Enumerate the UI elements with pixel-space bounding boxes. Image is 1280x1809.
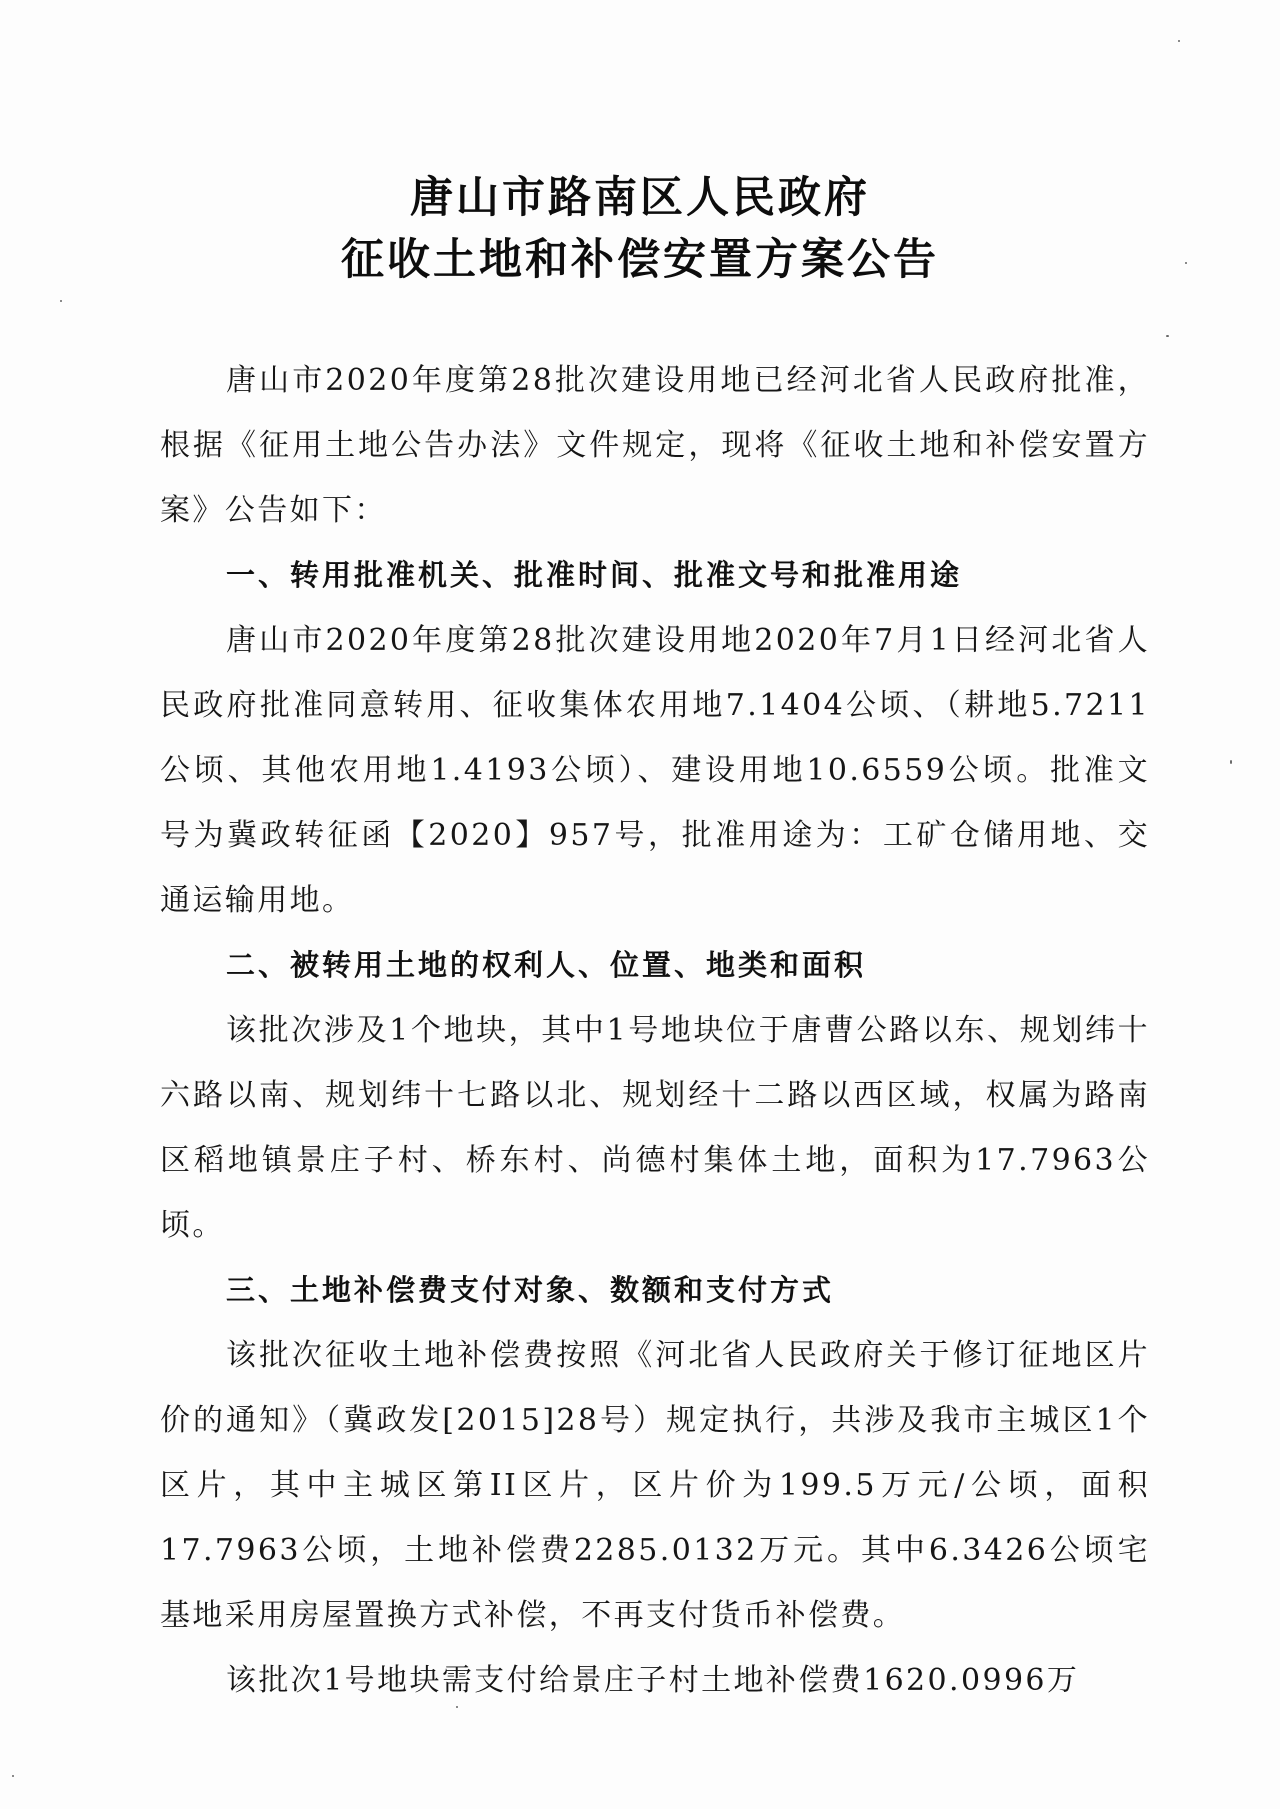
document-title: 唐山市路南区人民政府 征收土地和补偿安置方案公告 bbox=[0, 168, 1280, 290]
title-line-issuer: 唐山市路南区人民政府 bbox=[0, 168, 1280, 228]
scan-speck bbox=[12, 1775, 14, 1777]
section-paragraph-approval: 唐山市2020年度第28批次建设用地2020年7月1日经河北省人民政府批准同意转… bbox=[160, 608, 1150, 933]
scan-speck bbox=[1166, 335, 1169, 337]
section-heading-land-owners: 二、被转用土地的权利人、位置、地类和面积 bbox=[160, 933, 1150, 998]
document-page: 唐山市路南区人民政府 征收土地和补偿安置方案公告 唐山市2020年度第28批次建… bbox=[0, 0, 1280, 1809]
scan-speck bbox=[60, 300, 62, 302]
intro-paragraph: 唐山市2020年度第28批次建设用地已经河北省人民政府批准，根据《征用土地公告办… bbox=[160, 348, 1150, 543]
section-paragraph-land-owners: 该批次涉及1个地块，其中1号地块位于唐曹公路以东、规划纬十六路以南、规划纬十七路… bbox=[160, 998, 1150, 1258]
section-heading-approval: 一、转用批准机关、批准时间、批准文号和批准用途 bbox=[160, 543, 1150, 608]
section-paragraph-compensation-village: 该批次1号地块需支付给景庄子村土地补偿费1620.0996万 bbox=[160, 1648, 1150, 1713]
section-paragraph-compensation: 该批次征收土地补偿费按照《河北省人民政府关于修订征地区片价的通知》（冀政发[20… bbox=[160, 1323, 1150, 1648]
scan-speck bbox=[1185, 262, 1187, 264]
scan-speck bbox=[1230, 760, 1232, 764]
section-heading-compensation: 三、土地补偿费支付对象、数额和支付方式 bbox=[160, 1258, 1150, 1323]
title-line-subject: 征收土地和补偿安置方案公告 bbox=[0, 230, 1280, 290]
document-body: 唐山市2020年度第28批次建设用地已经河北省人民政府批准，根据《征用土地公告办… bbox=[160, 348, 1150, 1713]
scan-speck bbox=[456, 1706, 458, 1708]
scan-speck bbox=[1178, 40, 1180, 42]
